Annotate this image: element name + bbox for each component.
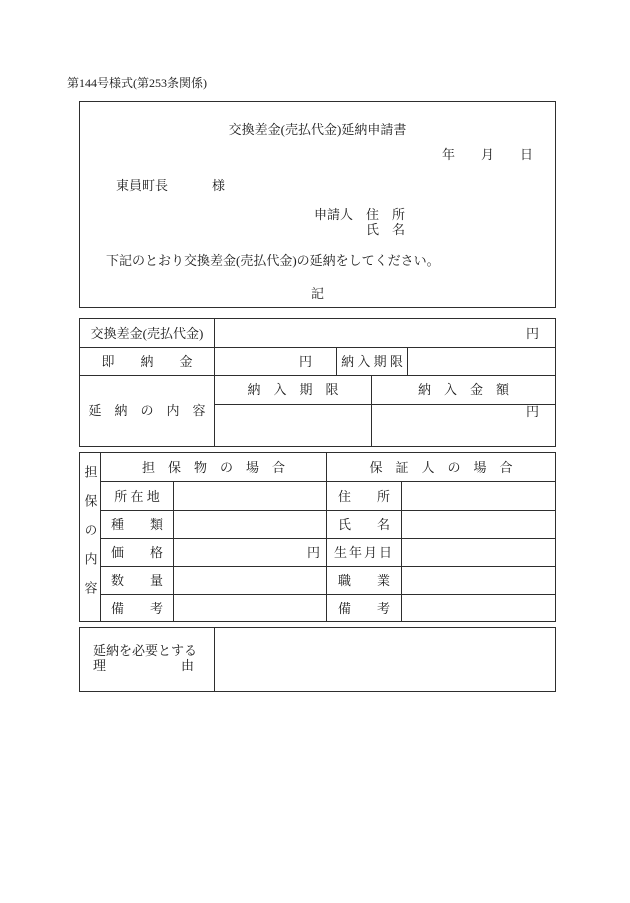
addressee: 東員町長 xyxy=(116,179,168,192)
immediate-due-value-cell xyxy=(408,347,555,375)
reason-label-line1: 延納を必要とする xyxy=(80,644,214,659)
guarantor-row-label: 備 考 xyxy=(327,595,401,621)
form-title: 交換差金(売払代金)延納申請書 xyxy=(80,122,555,136)
collateral-row-value-cell xyxy=(174,482,326,510)
collateral-row-label: 数 量 xyxy=(101,567,173,594)
applicant-block: 申請人住 所 氏 名 xyxy=(314,208,405,238)
collateral-row-value-cell xyxy=(174,595,326,621)
guarantor-row-label: 氏 名 xyxy=(327,511,401,538)
applicant-label: 申請人 xyxy=(314,207,353,222)
form-number: 第144号様式(第253条関係) xyxy=(67,77,207,89)
exchange-label: 交換差金(売払代金) xyxy=(80,319,214,347)
collateral-row-label: 種 類 xyxy=(101,511,173,538)
guarantor-row-label: 住 所 xyxy=(327,482,401,510)
collateral-row-value-cell xyxy=(174,567,326,594)
deferred-content-label: 延 納 の 内 容 xyxy=(80,375,214,446)
form-page: { "page": { "form_number": "第144号様式(第253… xyxy=(0,0,630,903)
collateral-vertical-label: 担保の内容 xyxy=(80,453,100,621)
collateral-price-value-cell: 円 xyxy=(174,539,326,566)
honorific: 様 xyxy=(212,179,225,192)
guarantor-row-value-cell xyxy=(402,595,555,621)
applicant-address-line: 申請人住 所 xyxy=(314,208,405,223)
guarantor-row-label: 生年月日 xyxy=(327,539,401,566)
reason-label-ri: 理 xyxy=(93,659,106,674)
reason-value-cell xyxy=(215,628,555,691)
collateral-row-label: 所 在 地 xyxy=(101,482,173,510)
deferred-due-value-cell xyxy=(215,404,371,446)
guarantor-row-value-cell xyxy=(402,511,555,538)
ki-label: 記 xyxy=(80,286,555,300)
payment-table: 交換差金(売払代金) 円 即 納 金 円 納 入 期 限 延 納 の 内 容 納… xyxy=(79,318,556,447)
name-label: 氏 名 xyxy=(366,222,405,237)
reason-label: 延納を必要とする 理 由 xyxy=(80,644,214,674)
address-label: 住 所 xyxy=(366,207,405,222)
immediate-due-label: 納 入 期 限 xyxy=(337,347,407,375)
addressee-line: 東員町長 様 xyxy=(116,178,416,192)
deferred-due-header: 納 入 期 限 xyxy=(215,375,371,404)
reason-block: 延納を必要とする 理 由 xyxy=(79,627,556,692)
date-line: 年 月 日 xyxy=(80,147,555,161)
collateral-row-label: 価 格 xyxy=(101,539,173,566)
guarantor-row-value-cell xyxy=(402,567,555,594)
body-text: 下記のとおり交換差金(売払代金)の延納をしてください。 xyxy=(106,254,440,267)
collateral-table: 担保の内容 担 保 物 の 場 合 保 証 人 の 場 合 所 在 地 種 類 … xyxy=(79,452,556,622)
immediate-payment-label: 即 納 金 xyxy=(80,347,214,375)
reason-label-yu: 由 xyxy=(181,659,194,674)
collateral-row-label: 備 考 xyxy=(101,595,173,621)
guarantor-row-value-cell xyxy=(402,482,555,510)
guarantor-row-label: 職 業 xyxy=(327,567,401,594)
deferred-amount-header: 納 入 金 額 xyxy=(372,375,555,404)
collateral-header: 担 保 物 の 場 合 xyxy=(101,453,326,481)
collateral-row-value-cell xyxy=(174,511,326,538)
guarantor-row-value-cell xyxy=(402,539,555,566)
reason-label-line2: 理 由 xyxy=(80,659,214,674)
title-block: 交換差金(売払代金)延納申請書 年 月 日 東員町長 様 申請人住 所 氏 名 … xyxy=(79,101,556,308)
deferred-amount-value-cell: 円 xyxy=(372,405,555,431)
applicant-name-line: 氏 名 xyxy=(366,223,405,238)
immediate-amount-cell: 円 xyxy=(215,347,336,375)
guarantor-header: 保 証 人 の 場 合 xyxy=(327,453,555,481)
exchange-amount-cell: 円 xyxy=(215,319,555,347)
